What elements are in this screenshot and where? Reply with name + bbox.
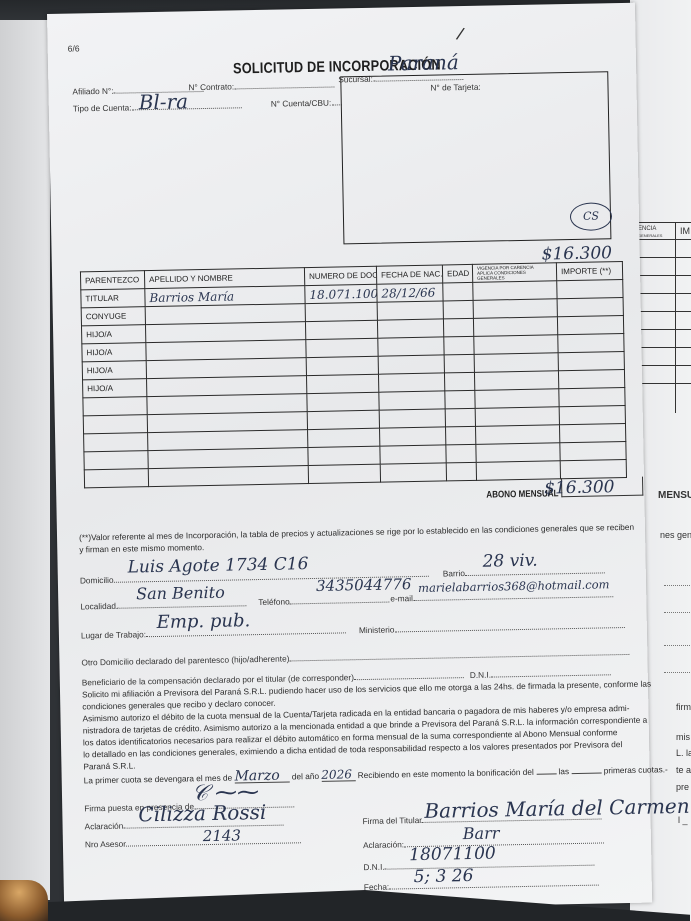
- email-label: e-mail: [390, 593, 413, 603]
- barrio-value: 28 viv.: [482, 551, 537, 572]
- cuenta-cbu-label: N° Cuenta/CBU:: [271, 98, 332, 109]
- cell-vigencia[interactable]: [476, 461, 560, 481]
- background-mensual: MENSU: [658, 490, 691, 501]
- telefono-value: 3435044776: [316, 575, 412, 595]
- firma-titular-value: Barrios María del Carmen: [424, 794, 690, 823]
- cell-parentezco: HIJO/A: [83, 379, 147, 398]
- cell-doc[interactable]: [306, 338, 378, 357]
- cell-doc[interactable]: [306, 374, 378, 393]
- nro-asesor-field[interactable]: Nro Asesor: [85, 835, 301, 849]
- sucursal-value: Paraná: [388, 50, 459, 75]
- cell-fecha-nac[interactable]: [380, 463, 446, 482]
- cell-fecha-nac[interactable]: [378, 337, 444, 356]
- cell-parentezco: [83, 397, 147, 416]
- cell-importe[interactable]: [560, 459, 626, 478]
- background-fragment: L. la: [676, 748, 691, 758]
- cell-edad[interactable]: [446, 444, 476, 463]
- cell-vigencia[interactable]: [475, 389, 559, 409]
- background-col-a-sub: GENERALES: [638, 233, 662, 238]
- background-col-b: IM: [680, 226, 690, 236]
- cell-parentezco: HIJO/A: [81, 325, 145, 344]
- background-table: [636, 222, 691, 413]
- legal-p6: Paraná S.R.L.: [83, 760, 135, 772]
- domicilio-value: Luis Agote 1734 C16: [127, 554, 308, 577]
- cell-edad[interactable]: [444, 372, 474, 391]
- cell-parentezco: [84, 469, 148, 488]
- nro-asesor-value: 2143: [203, 826, 242, 845]
- tipo-cuenta-value: Bl-ra: [138, 89, 188, 114]
- cell-doc[interactable]: 18.071.100: [305, 284, 377, 303]
- cell-doc[interactable]: [307, 410, 379, 429]
- cell-edad[interactable]: [443, 300, 473, 319]
- background-fragment: te a: [676, 765, 691, 775]
- importe-header-value: $16.300: [542, 243, 613, 264]
- cell-vigencia[interactable]: [476, 443, 560, 463]
- barrio-label: Barrio: [443, 568, 465, 578]
- cell-fecha-nac[interactable]: [380, 445, 446, 464]
- nro-asesor-label: Nro Asesor: [85, 839, 126, 850]
- first-installment-line: La primer cuota se devengara el mes de M…: [84, 762, 668, 786]
- cell-parentezco: HIJO/A: [82, 343, 146, 362]
- col-header-importe: IMPORTE (**): [556, 262, 622, 281]
- bonificacion-cuotas-blank[interactable]: [571, 772, 601, 774]
- form-sheet: 6/6 / SOLICITUD DE INCORPORACIÓN Afiliad…: [47, 3, 652, 914]
- cuota-anio-value[interactable]: 2026: [321, 768, 355, 782]
- localidad-label: Localidad: [80, 601, 116, 612]
- vigencia-subtext: APLICA CONDICIONES GENERALES: [477, 270, 526, 281]
- cell-parentezco: CONYUGE: [81, 307, 145, 326]
- cell-edad[interactable]: [445, 390, 475, 409]
- aclaracion-titular-value: Barr: [463, 823, 500, 843]
- cell-doc[interactable]: [305, 302, 377, 321]
- telefono-field[interactable]: Teléfono: [258, 595, 390, 608]
- background-fragment: pre: [676, 782, 689, 792]
- cell-fecha-nac[interactable]: 28/12/66: [377, 283, 443, 302]
- background-fragment: firm: [676, 702, 691, 712]
- pen-mark: /: [454, 24, 466, 45]
- cell-doc[interactable]: [307, 392, 379, 411]
- cell-importe[interactable]: [559, 423, 625, 442]
- cell-doc[interactable]: [306, 356, 378, 375]
- titular-dni-value: 18071100: [409, 844, 496, 866]
- cell-edad[interactable]: [444, 336, 474, 355]
- cell-doc[interactable]: [308, 464, 380, 483]
- col-header-parentezco: PARENTEZCO: [80, 271, 144, 290]
- cuota-suffix: Recibiendo en este momento la bonificaci…: [358, 767, 534, 780]
- cell-fecha-nac[interactable]: [380, 427, 446, 446]
- importe-label: IMPORTE (**): [561, 266, 611, 276]
- col-header-fecha-nac: FECHA DE NAC.: [376, 265, 442, 284]
- cell-vigencia[interactable]: [475, 407, 559, 427]
- cell-edad[interactable]: [443, 282, 473, 301]
- initials-mark: CS: [570, 202, 613, 231]
- background-fragment: mis: [676, 732, 690, 742]
- col-header-doc: NUMERO DE DOC.: [304, 266, 376, 285]
- cell-fecha-nac[interactable]: [379, 391, 445, 410]
- contrato-label: N° Contrato:: [188, 81, 234, 92]
- bonificacion-las: las: [558, 766, 569, 776]
- cell-fecha-nac[interactable]: [379, 409, 445, 428]
- abono-mensual-value: $16.300: [544, 477, 615, 498]
- cell-vigencia[interactable]: [474, 335, 558, 355]
- cell-fecha-nac[interactable]: [377, 319, 443, 338]
- cell-vigencia[interactable]: [475, 425, 559, 445]
- cell-edad[interactable]: [445, 408, 475, 427]
- cell-vigencia[interactable]: [474, 353, 558, 373]
- afiliado-label: Afiliado N°:: [72, 86, 113, 97]
- cell-edad[interactable]: [446, 426, 476, 445]
- cell-parentezco: HIJO/A: [82, 361, 146, 380]
- cell-importe[interactable]: [559, 387, 625, 406]
- contrato-field[interactable]: N° Contrato:: [188, 80, 334, 93]
- background-gold-object: [0, 880, 48, 921]
- fecha-field[interactable]: Fecha:: [364, 878, 600, 893]
- cell-vigencia[interactable]: [473, 299, 557, 319]
- domicilio-label: Domicilio: [80, 575, 114, 586]
- cell-importe[interactable]: [558, 333, 624, 352]
- cell-vigencia[interactable]: [474, 371, 558, 391]
- bonificacion-suffix: primeras cuotas.-: [604, 764, 668, 775]
- cuenta-cbu-field[interactable]: N° Cuenta/CBU:: [271, 97, 342, 108]
- background-sheet-left: [0, 20, 50, 900]
- localidad-value: San Benito: [136, 583, 225, 604]
- titular-dni-label: D.N.I.: [363, 862, 384, 872]
- page-number: 6/6: [68, 43, 80, 53]
- cell-edad[interactable]: [446, 462, 476, 481]
- cell-doc[interactable]: [308, 428, 380, 447]
- lugar-trabajo-label: Lugar de Trabajo:: [81, 629, 146, 640]
- cell-vigencia[interactable]: [473, 281, 557, 301]
- fecha-value: 5; 3 26: [413, 866, 473, 887]
- col-header-vigencia: VIGENCIA POR CARENCIA APLICA CONDICIONES…: [472, 263, 556, 283]
- card-stamp-box: CS: [340, 71, 611, 244]
- aclaracion-label: Aclaración: [85, 821, 124, 832]
- cell-importe[interactable]: [557, 315, 623, 334]
- beneficiario-dni-label: D.N.I.: [470, 670, 491, 680]
- cell-importe[interactable]: [558, 369, 624, 388]
- cell-parentezco: [84, 451, 148, 470]
- cell-parentezco: TITULAR: [81, 289, 145, 308]
- cell-doc[interactable]: [305, 320, 377, 339]
- cell-edad[interactable]: [443, 318, 473, 337]
- lugar-trabajo-value: Emp. pub.: [157, 610, 251, 633]
- beneficiario-dni-field[interactable]: D.N.I.: [470, 667, 611, 680]
- cell-importe[interactable]: [557, 297, 623, 316]
- cell-importe[interactable]: [558, 351, 624, 370]
- cell-importe[interactable]: [560, 441, 626, 460]
- pricing-note-line2: y firman en este mismo momento.: [79, 542, 204, 556]
- otro-domicilio-label: Otro Domicilio declarado del parentesco …: [81, 653, 289, 667]
- aclaracion-titular-label: Aclaración:: [363, 839, 404, 850]
- background-col-a: ENCIA: [638, 226, 656, 232]
- cell-nombre[interactable]: [148, 466, 308, 487]
- cuota-anio-label: del año: [292, 771, 319, 782]
- ministerio-field[interactable]: Ministerio: [359, 620, 625, 635]
- cell-parentezco: [84, 433, 148, 452]
- col-header-edad: EDAD: [442, 264, 472, 283]
- cell-importe[interactable]: [559, 405, 625, 424]
- cell-fecha-nac[interactable]: [378, 373, 444, 392]
- pricing-note-line1: (**)Valor referente al mes de Incorporac…: [79, 522, 634, 544]
- telefono-label: Teléfono: [258, 596, 290, 607]
- otro-domicilio-field[interactable]: Otro Domicilio declarado del parentesco …: [81, 647, 629, 668]
- cell-fecha-nac[interactable]: [377, 301, 443, 320]
- tipo-cuenta-label: Tipo de Cuenta:: [73, 102, 132, 113]
- ministerio-label: Ministerio: [359, 624, 395, 635]
- cell-fecha-nac[interactable]: [378, 355, 444, 374]
- members-table: PARENTEZCO APELLIDO Y NOMBRE NUMERO DE D…: [80, 261, 627, 488]
- cell-vigencia[interactable]: [473, 317, 557, 337]
- cell-parentezco: [83, 415, 147, 434]
- aclaracion-value: Cilizza Rossi: [138, 800, 266, 826]
- bonificacion-blank[interactable]: [536, 773, 556, 774]
- background-fragment: nes gen: [660, 530, 691, 540]
- cell-importe[interactable]: [557, 279, 623, 298]
- cell-doc[interactable]: [308, 446, 380, 465]
- cell-edad[interactable]: [444, 354, 474, 373]
- firma-titular-label: Firma del Titular: [362, 815, 422, 826]
